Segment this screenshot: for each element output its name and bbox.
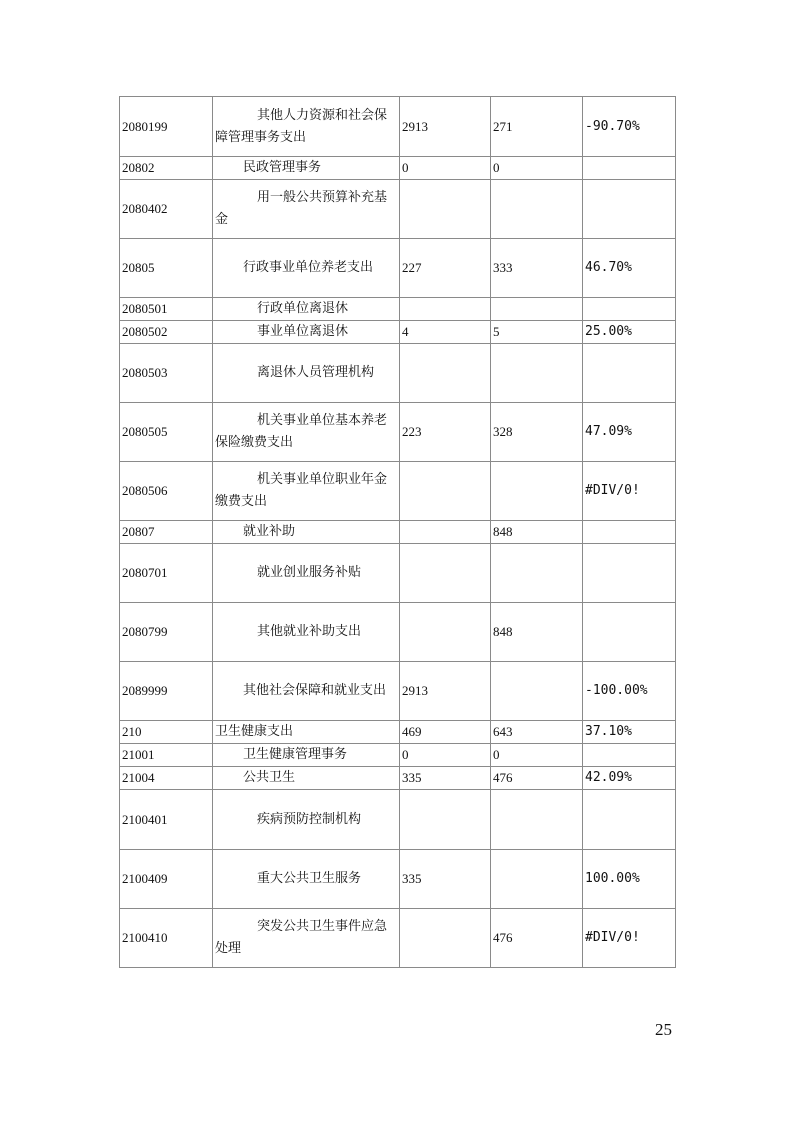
change-percent-cell: #DIV/0! [583,909,676,968]
item-code: 2080505 [122,424,168,439]
value-current: 271 [493,119,513,134]
table-row: 2089999其他社会保障和就业支出2913-100.00% [120,662,676,721]
item-name-cell: 民政管理事务 [213,157,400,180]
item-name: 离退休人员管理机构 [215,362,397,384]
change-percent-cell [583,180,676,239]
table-row: 20802民政管理事务00 [120,157,676,180]
item-code-cell: 2080501 [120,298,213,321]
change-percent-cell: 47.09% [583,403,676,462]
change-percent: -90.70% [585,119,640,134]
item-name: 卫生健康支出 [215,721,397,743]
value-previous: 4 [402,324,409,339]
table-row: 2080502事业单位离退休4525.00% [120,321,676,344]
table-row: 2080701就业创业服务补贴 [120,544,676,603]
item-code-cell: 2080799 [120,603,213,662]
change-percent-cell: 42.09% [583,767,676,790]
table-row: 2100401疾病预防控制机构 [120,790,676,850]
item-name: 其他人力资源和社会保障管理事务支出 [215,105,397,149]
item-name: 用一般公共预算补充基金 [215,187,397,231]
item-name: 行政事业单位养老支出 [215,257,397,279]
item-code-cell: 21001 [120,744,213,767]
item-code: 2080402 [122,201,168,216]
change-percent-cell [583,744,676,767]
value-current: 333 [493,260,513,275]
item-code-cell: 21004 [120,767,213,790]
change-percent-cell [583,157,676,180]
change-percent: #DIV/0! [585,930,640,945]
item-code-cell: 210 [120,721,213,744]
item-code: 2080799 [122,624,168,639]
change-percent: 25.00% [585,324,632,339]
table-row: 210卫生健康支出46964337.10% [120,721,676,744]
change-percent: #DIV/0! [585,483,640,498]
value-previous-cell [400,298,491,321]
item-name: 事业单位离退休 [215,321,397,343]
item-code: 2080701 [122,565,168,580]
value-current-cell [491,790,583,850]
table-row: 2080402用一般公共预算补充基金 [120,180,676,239]
value-previous-cell [400,909,491,968]
item-name: 公共卫生 [215,767,397,789]
value-previous: 469 [402,724,422,739]
value-current-cell: 848 [491,603,583,662]
value-previous-cell: 335 [400,850,491,909]
item-name-cell: 事业单位离退休 [213,321,400,344]
value-current: 0 [493,160,500,175]
budget-table: 2080199其他人力资源和社会保障管理事务支出2913271-90.70%20… [119,96,676,968]
value-previous: 227 [402,260,422,275]
change-percent-cell [583,790,676,850]
item-name: 重大公共卫生服务 [215,868,397,890]
value-previous-cell: 469 [400,721,491,744]
item-code-cell: 2080506 [120,462,213,521]
change-percent-cell [583,298,676,321]
change-percent-cell: 46.70% [583,239,676,298]
value-current: 848 [493,524,513,539]
change-percent-cell: -100.00% [583,662,676,721]
value-previous-cell [400,790,491,850]
value-current: 848 [493,624,513,639]
item-code: 21004 [122,770,155,785]
item-name-cell: 其他就业补助支出 [213,603,400,662]
item-name-cell: 疾病预防控制机构 [213,790,400,850]
item-name: 民政管理事务 [215,157,397,179]
value-current-cell: 0 [491,157,583,180]
change-percent-cell: 100.00% [583,850,676,909]
budget-table-body: 2080199其他人力资源和社会保障管理事务支出2913271-90.70%20… [120,97,676,968]
change-percent: 37.10% [585,724,632,739]
table-row: 21004公共卫生33547642.09% [120,767,676,790]
table-row: 20805行政事业单位养老支出22733346.70% [120,239,676,298]
item-name-cell: 就业创业服务补贴 [213,544,400,603]
value-current-cell [491,298,583,321]
item-code-cell: 2080503 [120,344,213,403]
item-code: 2089999 [122,683,168,698]
change-percent-cell: -90.70% [583,97,676,157]
page-number: 25 [655,1020,672,1040]
value-current-cell: 328 [491,403,583,462]
item-name: 机关事业单位职业年金缴费支出 [215,469,397,513]
value-previous-cell [400,462,491,521]
change-percent: 42.09% [585,770,632,785]
item-code-cell: 2089999 [120,662,213,721]
item-code: 20805 [122,260,155,275]
value-previous-cell: 2913 [400,662,491,721]
item-name-cell: 突发公共卫生事件应急处理 [213,909,400,968]
value-previous: 0 [402,160,409,175]
table-row: 2080199其他人力资源和社会保障管理事务支出2913271-90.70% [120,97,676,157]
value-current-cell [491,462,583,521]
item-code: 2080506 [122,483,168,498]
item-code: 2080502 [122,324,168,339]
value-current-cell: 333 [491,239,583,298]
value-previous: 335 [402,871,422,886]
item-name: 卫生健康管理事务 [215,744,397,766]
change-percent: 47.09% [585,424,632,439]
item-name-cell: 用一般公共预算补充基金 [213,180,400,239]
table-row: 2080505机关事业单位基本养老保险缴费支出22332847.09% [120,403,676,462]
value-previous-cell [400,180,491,239]
change-percent-cell: 25.00% [583,321,676,344]
item-code: 21001 [122,747,155,762]
item-name: 其他社会保障和就业支出 [215,680,397,702]
table-row: 21001卫生健康管理事务00 [120,744,676,767]
item-code: 2100409 [122,871,168,886]
table-row: 2080799其他就业补助支出848 [120,603,676,662]
item-name: 行政单位离退休 [215,298,397,320]
item-name-cell: 行政单位离退休 [213,298,400,321]
value-previous: 223 [402,424,422,439]
value-current-cell [491,850,583,909]
item-name-cell: 机关事业单位职业年金缴费支出 [213,462,400,521]
item-code-cell: 2100401 [120,790,213,850]
item-code: 2080199 [122,119,168,134]
item-code: 20807 [122,524,155,539]
value-previous-cell: 0 [400,157,491,180]
item-code: 2100410 [122,930,168,945]
table-row: 2080503离退休人员管理机构 [120,344,676,403]
item-name-cell: 其他人力资源和社会保障管理事务支出 [213,97,400,157]
value-current: 5 [493,324,500,339]
table-row: 2080506机关事业单位职业年金缴费支出#DIV/0! [120,462,676,521]
item-code-cell: 2080502 [120,321,213,344]
value-current-cell: 0 [491,744,583,767]
value-current-cell: 476 [491,767,583,790]
change-percent-cell [583,603,676,662]
value-current-cell [491,544,583,603]
value-current: 643 [493,724,513,739]
item-code: 2080503 [122,365,168,380]
value-previous-cell [400,544,491,603]
item-name: 其他就业补助支出 [215,621,397,643]
value-current: 476 [493,770,513,785]
change-percent: 46.70% [585,260,632,275]
item-name-cell: 重大公共卫生服务 [213,850,400,909]
item-name-cell: 卫生健康支出 [213,721,400,744]
item-name-cell: 其他社会保障和就业支出 [213,662,400,721]
table-row: 2080501行政单位离退休 [120,298,676,321]
change-percent-cell: 37.10% [583,721,676,744]
value-previous-cell: 4 [400,321,491,344]
value-current-cell: 476 [491,909,583,968]
value-previous-cell: 335 [400,767,491,790]
value-previous: 0 [402,747,409,762]
change-percent-cell [583,544,676,603]
item-code: 2100401 [122,812,168,827]
item-code-cell: 2100410 [120,909,213,968]
item-name-cell: 就业补助 [213,521,400,544]
change-percent-cell [583,344,676,403]
value-current: 328 [493,424,513,439]
value-previous-cell: 2913 [400,97,491,157]
value-previous: 2913 [402,119,428,134]
change-percent: -100.00% [585,683,648,698]
item-name: 机关事业单位基本养老保险缴费支出 [215,410,397,454]
item-name-cell: 离退休人员管理机构 [213,344,400,403]
value-previous-cell: 227 [400,239,491,298]
item-code: 20802 [122,160,155,175]
value-previous-cell: 0 [400,744,491,767]
item-code-cell: 20802 [120,157,213,180]
change-percent-cell: #DIV/0! [583,462,676,521]
value-current: 0 [493,747,500,762]
item-code-cell: 2100409 [120,850,213,909]
table-row: 2100409重大公共卫生服务335100.00% [120,850,676,909]
item-code-cell: 20807 [120,521,213,544]
item-code-cell: 20805 [120,239,213,298]
change-percent: 100.00% [585,871,640,886]
item-code-cell: 2080199 [120,97,213,157]
table-row: 20807就业补助848 [120,521,676,544]
value-current-cell: 643 [491,721,583,744]
value-current-cell [491,662,583,721]
value-previous: 2913 [402,683,428,698]
item-name: 疾病预防控制机构 [215,809,397,831]
item-name: 就业创业服务补贴 [215,562,397,584]
value-previous-cell [400,344,491,403]
value-previous: 335 [402,770,422,785]
value-current-cell [491,344,583,403]
value-current-cell: 271 [491,97,583,157]
item-name: 突发公共卫生事件应急处理 [215,916,397,960]
item-name-cell: 卫生健康管理事务 [213,744,400,767]
value-current-cell: 5 [491,321,583,344]
value-previous-cell [400,603,491,662]
item-code-cell: 2080701 [120,544,213,603]
item-name-cell: 机关事业单位基本养老保险缴费支出 [213,403,400,462]
item-code: 2080501 [122,301,168,316]
value-current: 476 [493,930,513,945]
item-code: 210 [122,724,142,739]
change-percent-cell [583,521,676,544]
item-code-cell: 2080402 [120,180,213,239]
value-current-cell: 848 [491,521,583,544]
item-code-cell: 2080505 [120,403,213,462]
value-previous-cell: 223 [400,403,491,462]
item-name: 就业补助 [215,521,397,543]
value-previous-cell [400,521,491,544]
table-row: 2100410突发公共卫生事件应急处理476#DIV/0! [120,909,676,968]
item-name-cell: 行政事业单位养老支出 [213,239,400,298]
value-current-cell [491,180,583,239]
item-name-cell: 公共卫生 [213,767,400,790]
